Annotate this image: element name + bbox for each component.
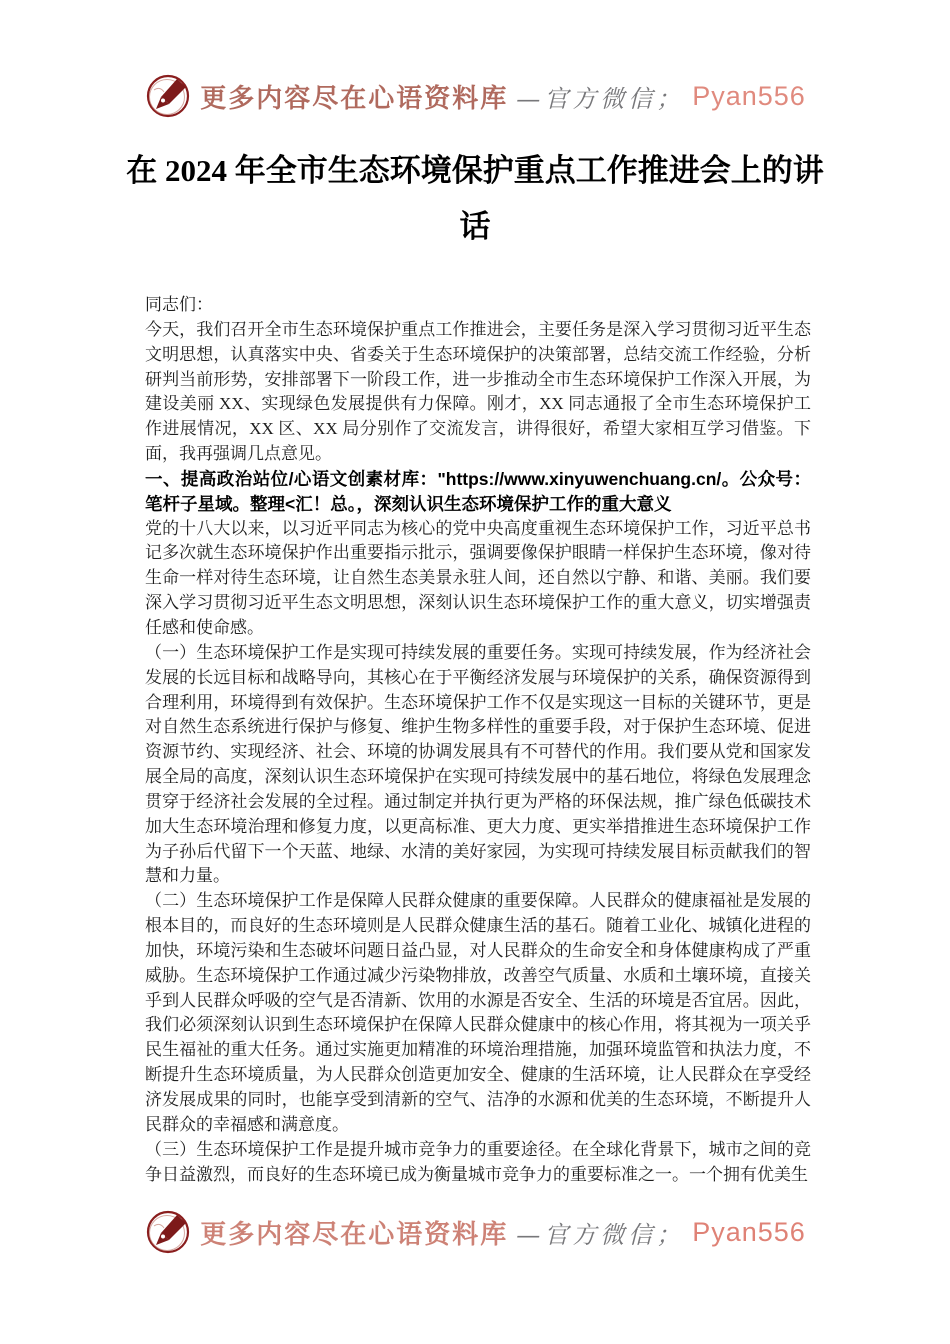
pen-nib-logo-icon [144, 72, 192, 120]
banner-wechat-id: Pyan556 [692, 81, 806, 112]
paragraph-point-3-truncated: （三）生态环境保护工作是提升城市竞争力的重要途径。在全球化背景下，城市之间的竞争… [145, 1138, 811, 1188]
paragraph-point-2: （二）生态环境保护工作是保障人民群众健康的重要保障。人民群众的健康福祉是发展的根… [145, 889, 811, 1137]
pen-nib-logo-icon [144, 1208, 192, 1256]
header-banner: 更多内容尽在心语资料库—官方微信；Pyan556 [0, 72, 950, 120]
paragraph-point-1: （一）生态环境保护工作是实现可持续发展的重要任务。实现可持续发展，作为经济社会发… [145, 641, 811, 889]
banner-wechat-id: Pyan556 [692, 1217, 806, 1248]
footer-banner: 更多内容尽在心语资料库—官方微信；Pyan556 [0, 1208, 950, 1256]
document-page: 更多内容尽在心语资料库—官方微信；Pyan556 在 2024 年全市生态环境保… [0, 0, 950, 1344]
document-body: 同志们： 今天，我们召开全市生态环境保护重点工作推进会，主要任务是深入学习贯彻习… [145, 293, 811, 1187]
document-title: 在 2024 年全市生态环境保护重点工作推进会上的讲话 [125, 143, 825, 255]
paragraph-section1-lead: 党的十八大以来，以习近平同志为核心的党中央高度重视生态环境保护工作，习近平总书记… [145, 517, 811, 641]
banner-wechat-label: —官方微信； [516, 1215, 684, 1250]
banner-brand-text: 更多内容尽在心语资料库 [200, 1214, 508, 1251]
paragraph-salutation: 同志们： [145, 293, 811, 318]
section-heading-1: 一、提高政治站位/心语文创素材库："https://www.xinyuwench… [145, 467, 811, 517]
banner-wechat-label: —官方微信； [516, 79, 684, 114]
banner-brand-text: 更多内容尽在心语资料库 [200, 78, 508, 115]
paragraph-intro: 今天，我们召开全市生态环境保护重点工作推进会，主要任务是深入学习贯彻习近平生态文… [145, 318, 811, 467]
